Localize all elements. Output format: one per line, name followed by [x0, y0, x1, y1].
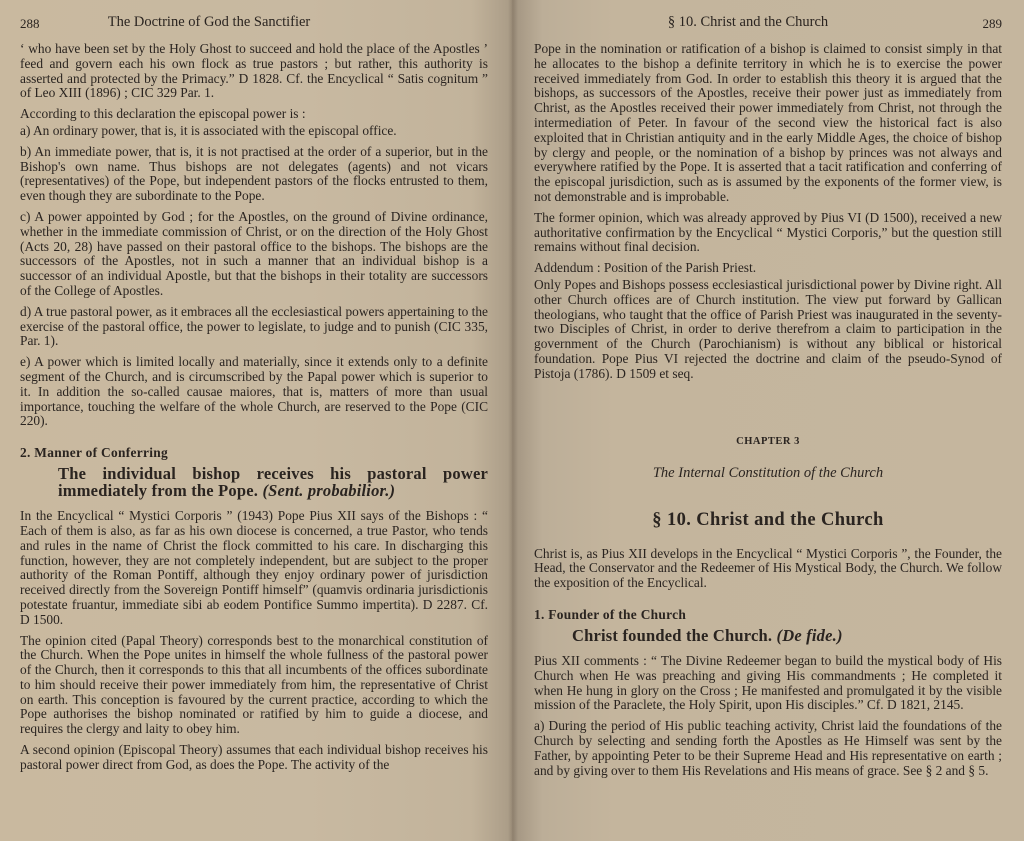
- paragraph: Only Popes and Bishops possess ecclesias…: [534, 278, 1002, 382]
- thesis-statement: The individual bishop receives his pasto…: [58, 465, 488, 499]
- list-item-b: b) An immediate power, that is, it is no…: [20, 145, 488, 204]
- paragraph: A second opinion (Episcopal Theory) assu…: [20, 743, 488, 773]
- list-item-d: d) A true pastoral power, as it embraces…: [20, 305, 488, 349]
- list-item-a: a) During the period of His public teach…: [534, 719, 1002, 778]
- list-item-c: c) A power appointed by God ; for the Ap…: [20, 210, 488, 299]
- list-item-e: e) A power which is limited locally and …: [20, 355, 488, 429]
- chapter-label: CHAPTER 3: [534, 436, 1002, 447]
- paragraph: Christ is, as Pius XII develops in the E…: [534, 547, 1002, 591]
- thesis-note: (Sent. probabilior.): [262, 481, 395, 500]
- section-heading: 2. Manner of Conferring: [20, 445, 488, 461]
- running-head-left: 288 The Doctrine of God the Sanctifier: [20, 14, 488, 36]
- paragraph: Pius XII comments : “ The Divine Redeeme…: [534, 654, 1002, 713]
- thesis-statement: Christ founded the Church. (De fide.): [572, 627, 1002, 644]
- paragraph: The former opinion, which was already ap…: [534, 211, 1002, 255]
- chapter-title: The Internal Constitution of the Church: [534, 465, 1002, 482]
- thesis-text: Christ founded the Church.: [572, 626, 772, 645]
- thesis-note: (De fide.): [777, 626, 843, 645]
- addendum-heading: Addendum : Position of the Parish Priest…: [534, 261, 1002, 276]
- page-number: 289: [983, 16, 1003, 32]
- left-page: 288 The Doctrine of God the Sanctifier ‘…: [0, 0, 512, 841]
- list-item-a: a) An ordinary power, that is, it is ass…: [20, 124, 488, 139]
- page-number: 288: [20, 16, 40, 32]
- paragraph: In the Encyclical “ Mystici Corporis ” (…: [20, 509, 488, 627]
- right-page: § 10. Christ and the Church 289 Pope in …: [512, 0, 1024, 841]
- paragraph: According to this declaration the episco…: [20, 107, 488, 122]
- running-title: The Doctrine of God the Sanctifier: [40, 14, 378, 31]
- paragraph: Pope in the nomination or ratification o…: [534, 42, 1002, 205]
- sub-heading: 1. Founder of the Church: [534, 607, 1002, 623]
- book-spread: 288 The Doctrine of God the Sanctifier ‘…: [0, 0, 1024, 841]
- running-head-right: § 10. Christ and the Church 289: [534, 14, 1002, 36]
- paragraph: The opinion cited (Papal Theory) corresp…: [20, 634, 488, 738]
- section-title: § 10. Christ and the Church: [534, 510, 1002, 531]
- running-title: § 10. Christ and the Church: [534, 14, 962, 31]
- paragraph: ‘ who have been set by the Holy Ghost to…: [20, 42, 488, 101]
